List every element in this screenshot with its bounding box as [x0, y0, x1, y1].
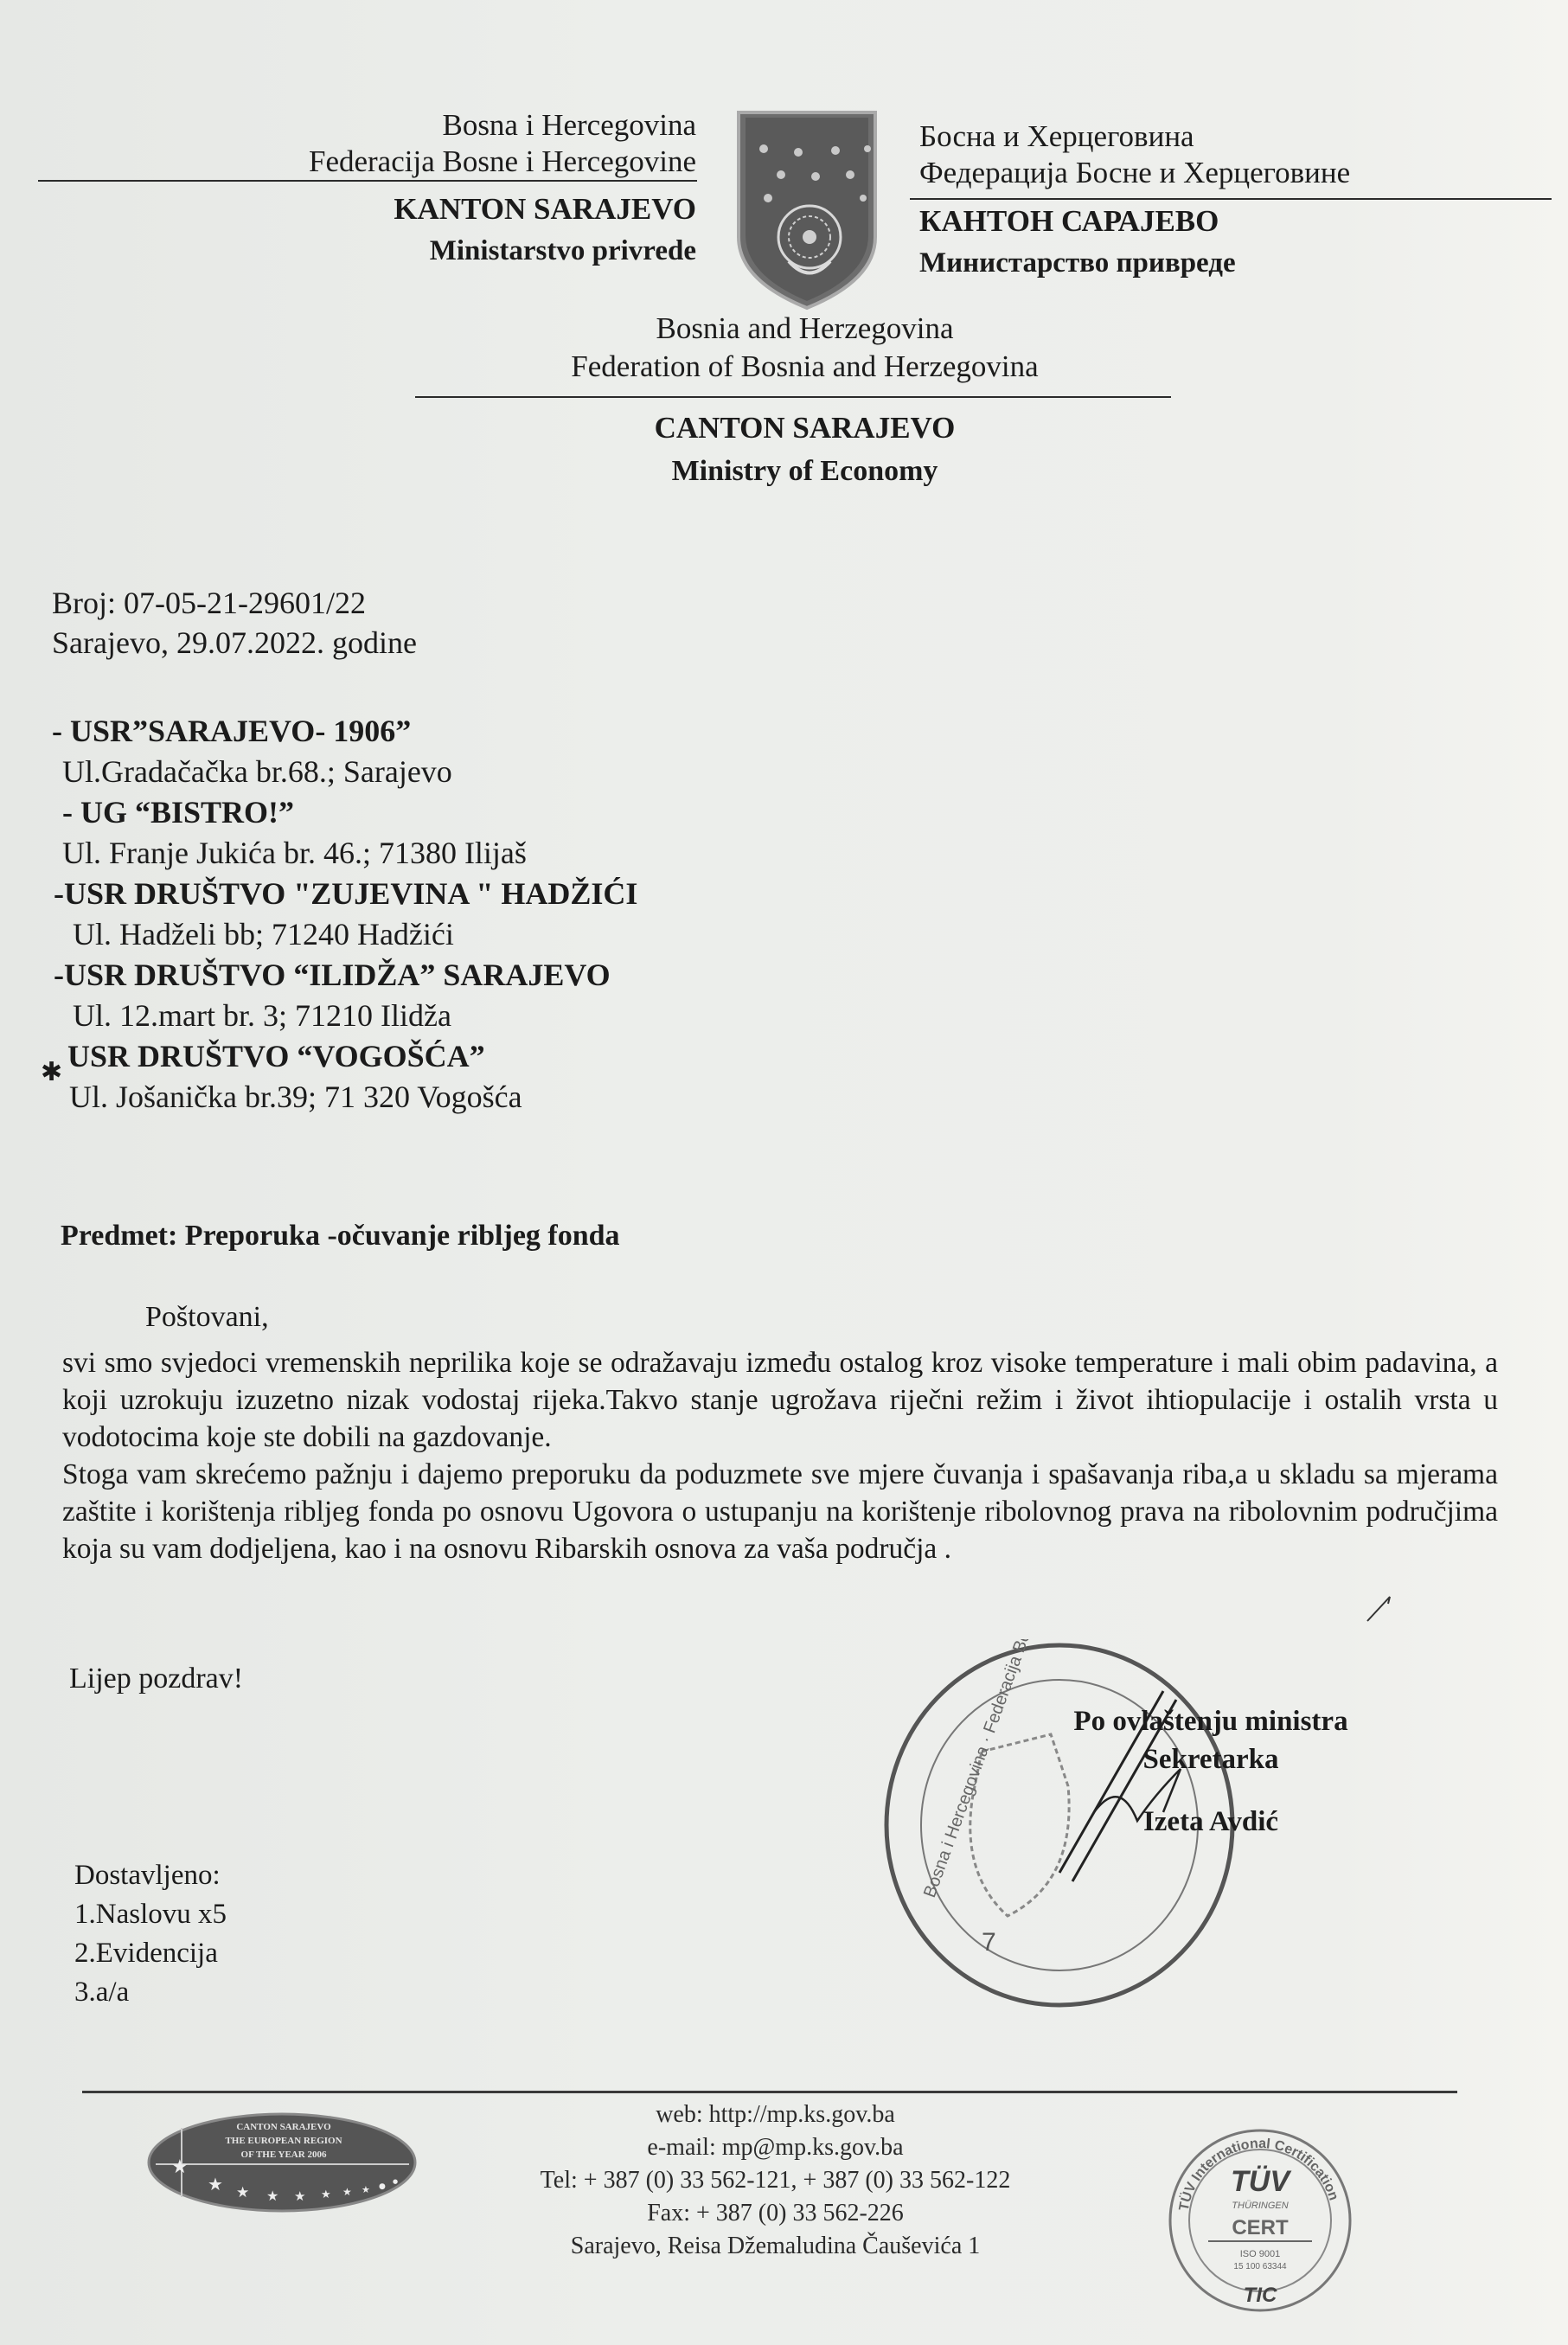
header-left-org: KANTON SARAJEVO Ministarstvo privrede	[394, 189, 696, 272]
svg-text:15 100 63344: 15 100 63344	[1233, 2262, 1287, 2271]
header-center-rule	[415, 396, 1171, 398]
svg-text:ISO 9001: ISO 9001	[1240, 2249, 1280, 2259]
coat-of-arms-icon	[733, 107, 880, 311]
recipients-list: - USR”SARAJEVO- 1906” Ul.Gradačačka br.6…	[52, 711, 637, 1118]
delivered-label: Dostavljeno:	[74, 1856, 227, 1895]
delivered-list: Dostavljeno: 1.Naslovu x5 2.Evidencija 3…	[74, 1856, 227, 2012]
delivered-item: 3.a/a	[74, 1973, 227, 2012]
salutation: Poštovani,	[145, 1301, 269, 1334]
recipient-address: Ul. Hadželi bb; 71240 Hadžići	[73, 914, 637, 955]
body-paragraph: Stoga vam skrećemo pažnju i dajemo prepo…	[62, 1456, 1498, 1567]
header-left-ministry: Ministarstvo privrede	[394, 230, 696, 272]
body-paragraph: svi smo svjedoci vremenskih neprilika ko…	[62, 1344, 1498, 1456]
letter-body: svi smo svjedoci vremenskih neprilika ko…	[62, 1344, 1498, 1567]
subject-line: Predmet: Preporuka -očuvanje ribljeg fon…	[61, 1220, 620, 1253]
header-right-org: КАНТОН САРАЈЕВО Министарство привреде	[919, 201, 1236, 284]
signature-name: Izeta Avdić	[1021, 1803, 1401, 1841]
svg-text:CERT: CERT	[1232, 2216, 1289, 2239]
header-center-line-1: Bosnia and Herzegovina	[21, 310, 1568, 348]
header-left-canton: KANTON SARAJEVO	[394, 189, 696, 230]
header-center: Bosnia and Herzegovina Federation of Bos…	[21, 310, 1568, 386]
document-place-date: Sarajevo, 29.07.2022. godine	[52, 623, 417, 663]
recipient-name: USR DRUŠTVO “VOGOŠĆA”	[67, 1036, 637, 1077]
header-center-ministry: Ministry of Economy	[21, 450, 1568, 493]
delivered-item: 2.Evidencija	[74, 1934, 227, 1973]
recipient-name: -USR DRUŠTVO "ZUJEVINA " HADŽIĆI	[54, 874, 637, 914]
recipient-name: - UG “BISTRO!”	[62, 792, 637, 833]
signature-authority: Po ovlaštenju ministra	[1021, 1702, 1401, 1740]
recipient-address: Ul. Franje Jukića br. 46.; 71380 Ilijaš	[62, 833, 637, 874]
header-left-line-2: Federacija Bosne i Hercegovine	[309, 144, 696, 180]
recipient-address: Ul.Gradačačka br.68.; Sarajevo	[62, 752, 637, 792]
header-left-rule	[38, 180, 697, 182]
document-number: Broj: 07-05-21-29601/22	[52, 583, 417, 623]
header-left-line-1: Bosna i Hercegovina	[309, 107, 696, 144]
header-center-canton: CANTON SARAJEVO	[21, 407, 1568, 450]
header-right-line-2: Федерација Босне и Херцеговине	[919, 155, 1350, 191]
closing-greeting: Lijep pozdrav!	[69, 1663, 243, 1695]
svg-text:TIC: TIC	[1244, 2284, 1277, 2307]
tuv-certification-badge-icon: TÜV International Certification TÜV THÜR…	[1163, 2124, 1358, 2318]
signature-title: Sekretarka	[1021, 1740, 1401, 1778]
svg-text:7: 7	[982, 1928, 996, 1957]
header-right-canton: КАНТОН САРАЈЕВО	[919, 201, 1236, 242]
header-right-ministry: Министарство привреде	[919, 242, 1236, 284]
handwritten-tick-icon	[1364, 1590, 1398, 1624]
header-right: Босна и Херцеговина Федерација Босне и Х…	[919, 119, 1350, 191]
handwritten-mark-icon: ✱	[41, 1057, 62, 1087]
header-right-rule	[910, 198, 1552, 200]
header-left: Bosna i Hercegovina Federacija Bosne i H…	[309, 107, 696, 180]
recipient-name: - USR”SARAJEVO- 1906”	[52, 711, 637, 752]
svg-text:THÜRINGEN: THÜRINGEN	[1232, 2201, 1288, 2211]
header-center-org: CANTON SARAJEVO Ministry of Economy	[21, 407, 1568, 493]
signature-block: Po ovlaštenju ministra Sekretarka Izeta …	[1021, 1702, 1401, 1841]
header-center-line-2: Federation of Bosnia and Herzegovina	[21, 348, 1568, 386]
svg-text:TÜV: TÜV	[1231, 2165, 1292, 2198]
header-right-line-1: Босна и Херцеговина	[919, 119, 1350, 155]
recipient-name: -USR DRUŠTVO “ILIDŽA” SARAJEVO	[54, 955, 637, 996]
document-meta: Broj: 07-05-21-29601/22 Sarajevo, 29.07.…	[52, 583, 417, 663]
recipient-address: Ul. 12.mart br. 3; 71210 Ilidža	[73, 996, 637, 1036]
delivered-item: 1.Naslovu x5	[74, 1895, 227, 1934]
recipient-address: Ul. Jošanička br.39; 71 320 Vogošća	[69, 1077, 637, 1118]
footer-rule	[82, 2091, 1457, 2093]
